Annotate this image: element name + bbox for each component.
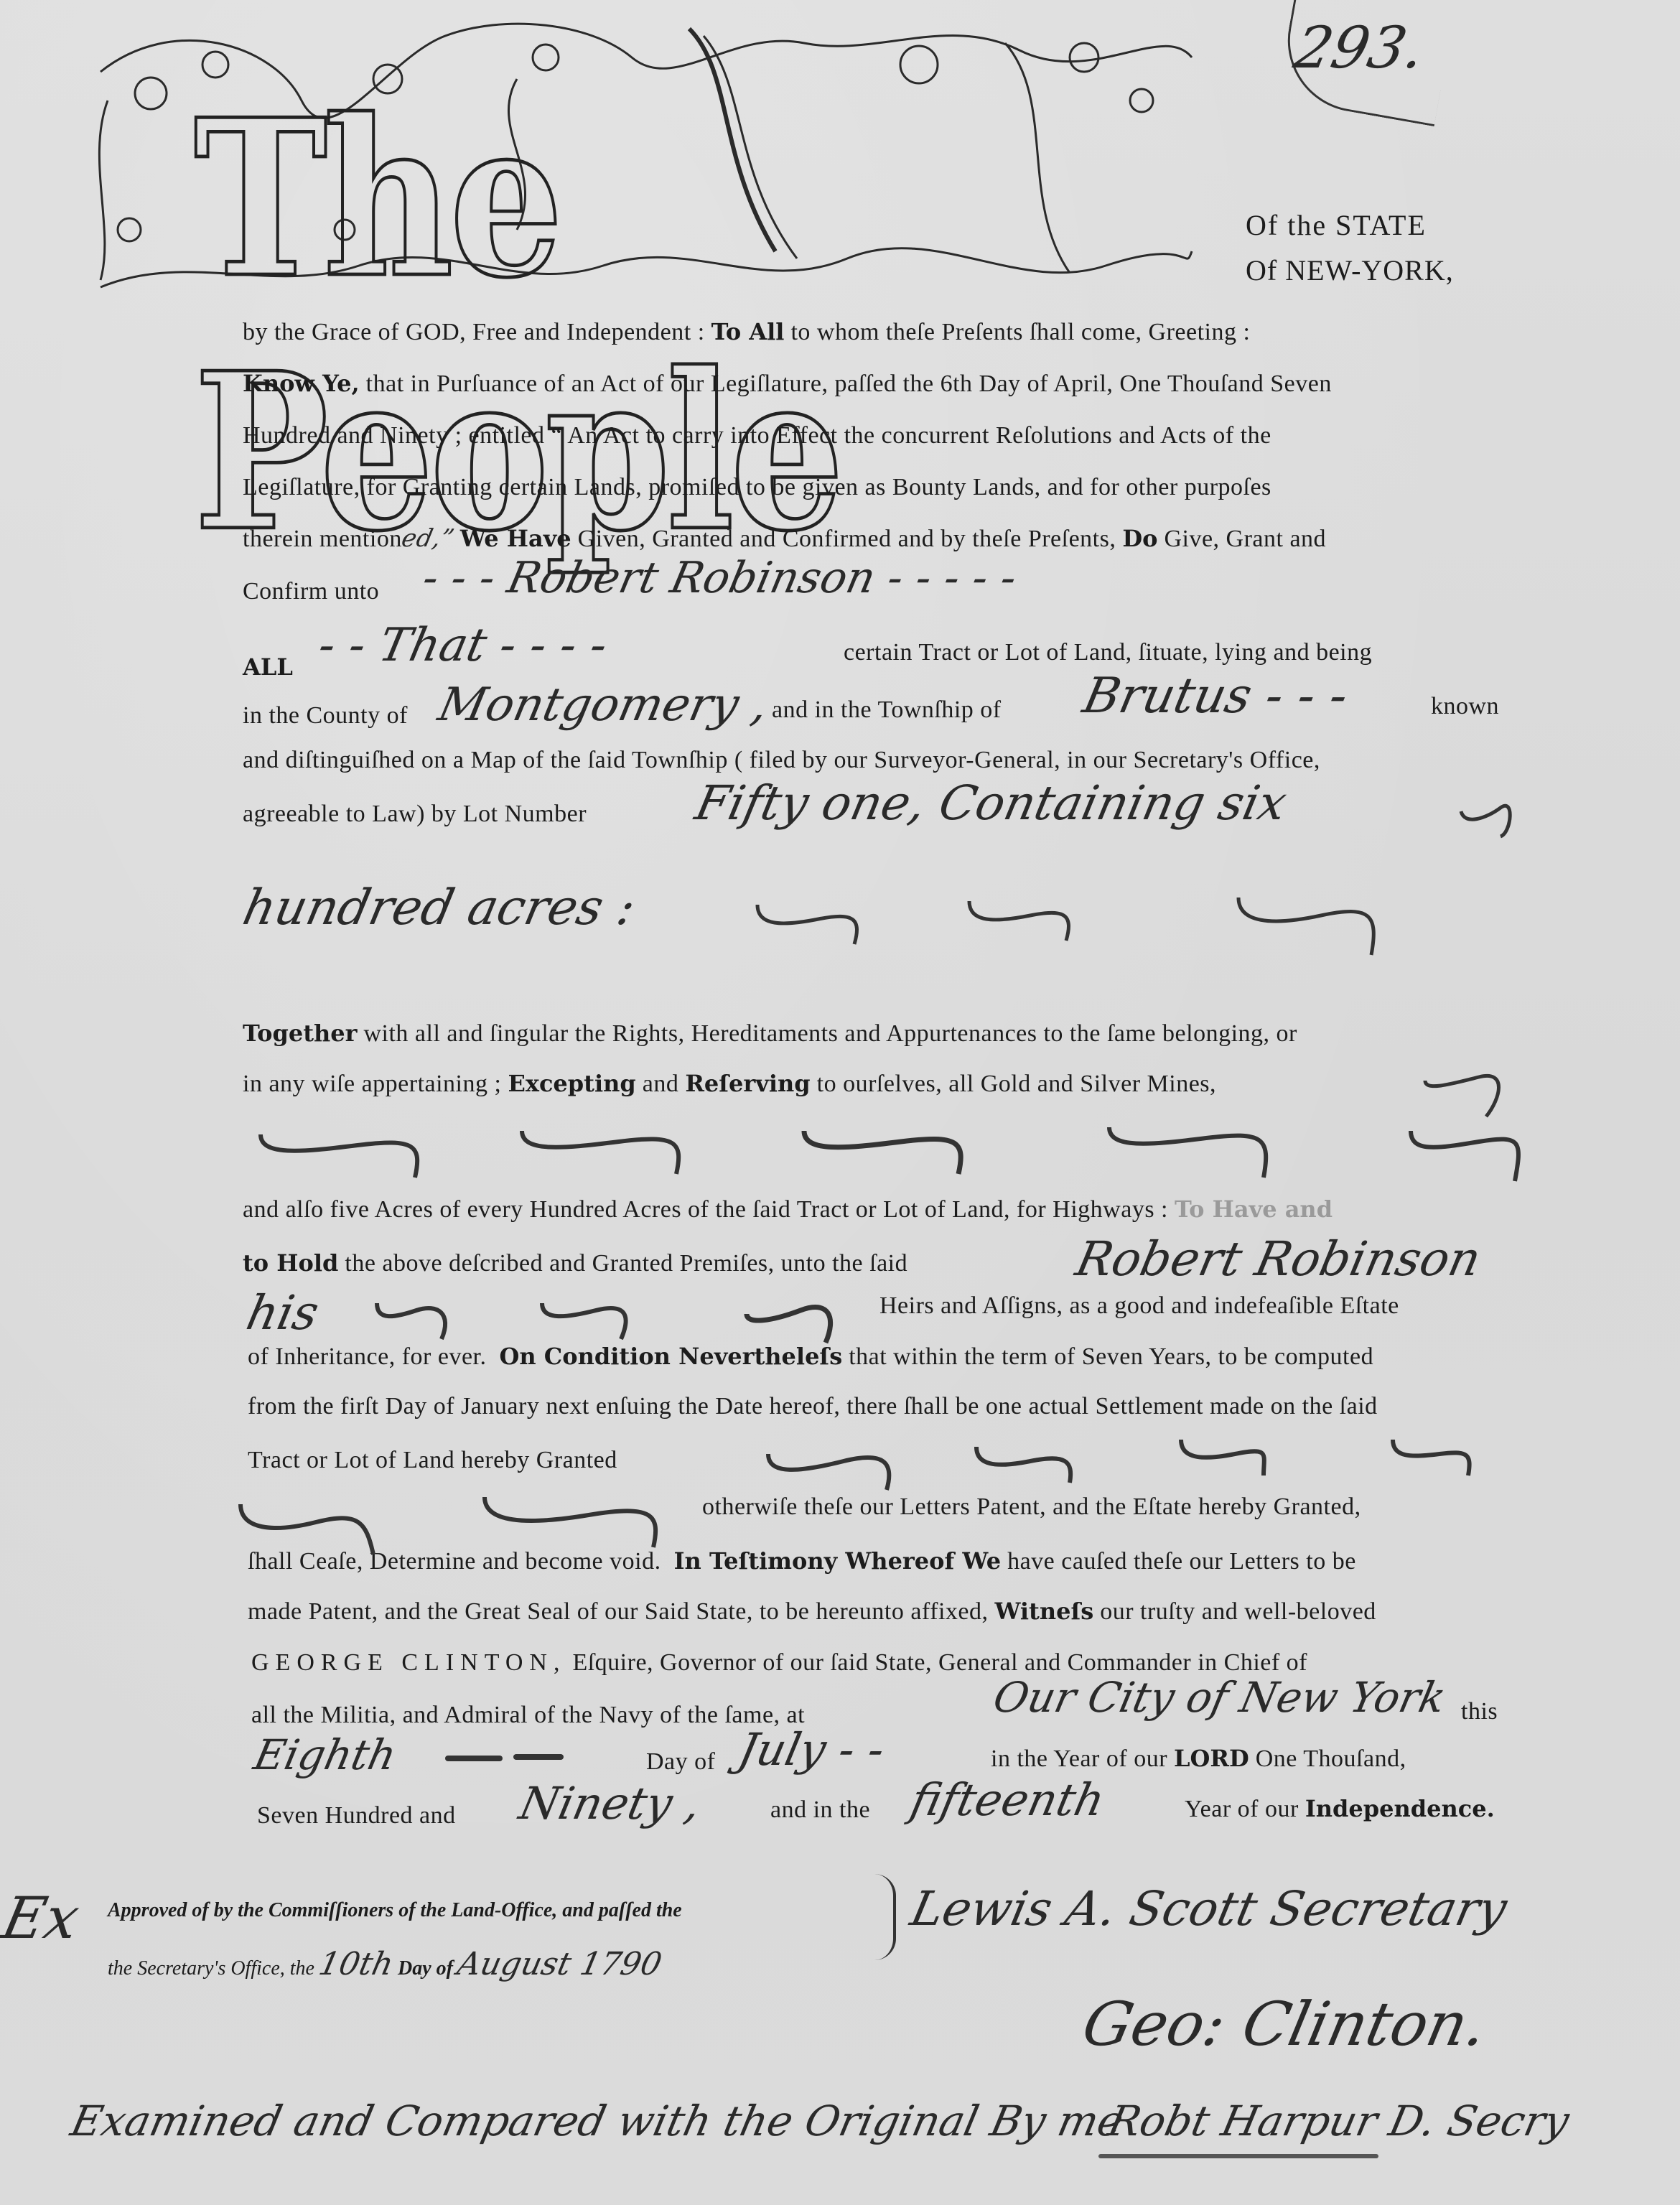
state-line-2: Of NEW-YORK,	[1246, 253, 1454, 287]
text-line-12: in any wiſe appertaining ; Excepting and…	[243, 1070, 1216, 1098]
text-line-13: and alſo five Acres of every Hundred Acr…	[243, 1195, 1333, 1223]
blackletter-text: Together	[243, 1020, 357, 1047]
line-text: Given, Granted and Confirmed and by theſ…	[578, 526, 1116, 552]
fill-squiggle-icon	[801, 1127, 966, 1178]
text-line-1: by the Grace of GOD, Free and Independen…	[243, 318, 1250, 346]
handwritten-text: ed,”	[399, 524, 457, 553]
brace-mark	[874, 1874, 896, 1960]
margin-mark: Ex	[0, 1885, 85, 1952]
fill-squiggle-icon	[538, 1300, 632, 1343]
examined-line: Examined and Compared with the Original …	[67, 2097, 1128, 2145]
fill-squiggle-icon	[1177, 1436, 1271, 1479]
governor-signature: Geo: Clinton.	[1077, 1989, 1493, 2059]
line-text: of Inheritance, for ever.	[248, 1343, 487, 1370]
text-line-8b: and in the Townſhip of	[772, 696, 1002, 724]
line-text: and	[643, 1071, 679, 1097]
approval-line-2: the Secretary's Office, the 10th Day of …	[108, 1946, 661, 1982]
text-line-20: ſhall Ceaſe, Determine and become void. …	[248, 1547, 1356, 1575]
blackletter-text: On Condition Nevertheleſs	[500, 1343, 843, 1370]
text-line-19: otherwiſe theſe our Letters Patent, and …	[702, 1493, 1361, 1521]
state-line-1: Of the STATE	[1246, 208, 1427, 242]
fill-squiggle-icon	[1235, 894, 1378, 959]
fill-squiggle-icon	[373, 1300, 452, 1343]
blackletter-text: Excepting	[508, 1070, 635, 1097]
line-text: to ourſelves, all Gold and Silver Mines,	[817, 1071, 1216, 1097]
approval-day-handwritten: 10th	[316, 1946, 397, 1982]
line-text: our truſty and well-beloved	[1100, 1598, 1376, 1625]
text-line-6: Confirm unto	[243, 578, 379, 605]
dash-mark	[445, 1756, 503, 1761]
lot-number-handwritten: Fifty one, Containing six	[691, 775, 1292, 831]
line-text: and alſo five Acres of every Hundred Acr…	[243, 1196, 1168, 1223]
fill-squiggle-icon	[966, 898, 1081, 948]
month-handwritten: July - -	[734, 1723, 889, 1776]
secretary-signature: Lewis A. Scott Secretary	[906, 1881, 1512, 1936]
text-line-2: Know Ye, that in Purſuance of an Act of …	[243, 370, 1332, 398]
text-line-17: from the firſt Day of January next enſui…	[248, 1393, 1378, 1420]
line-text: that in Purſuance of an Act of our Legiſ…	[366, 370, 1332, 397]
text-line-15: Heirs and Aſſigns, as a good and indefea…	[879, 1292, 1399, 1320]
text-line-7b: certain Tract or Lot of Land, ſituate, l…	[844, 639, 1372, 666]
text-line-4: Legiſlature, for Granting certain Lands,…	[243, 474, 1271, 501]
text-line-23b: this	[1461, 1698, 1498, 1725]
ornate-title-flourish: The People	[86, 14, 1206, 302]
his-handwritten: his	[242, 1285, 324, 1341]
blackletter-text: Do	[1122, 525, 1157, 552]
blackletter-text: To All	[711, 318, 785, 345]
approval-month-handwritten: August 1790	[454, 1946, 666, 1982]
text-line-25: Year of our Independence.	[1185, 1795, 1495, 1823]
blackletter-text: Independence.	[1305, 1795, 1495, 1822]
fill-squiggle-icon	[237, 1501, 381, 1558]
text-line-8a: in the County of	[243, 702, 408, 729]
dash-mark	[513, 1754, 564, 1760]
fill-squiggle-icon	[1422, 1070, 1508, 1120]
signature-underline	[1098, 2154, 1378, 2158]
text-line-25b: and in the	[770, 1796, 870, 1824]
fill-squiggle-icon	[765, 1450, 894, 1493]
text-line-10: agreeable to Law) by Lot Number	[243, 801, 587, 828]
text-line-18: Tract or Lot of Land hereby Granted	[248, 1447, 617, 1474]
line-text: therein mention	[243, 526, 402, 552]
line-text: in the Year of our	[991, 1745, 1167, 1772]
day-handwritten: Eighth	[250, 1730, 401, 1779]
blackletter-text: to Hold	[243, 1249, 338, 1277]
fill-squiggle-icon	[743, 1303, 836, 1346]
line-text: have cauſed theſe our Letters to be	[1007, 1548, 1356, 1575]
text-line-24: in the Year of our LORD One Thouſand,	[991, 1745, 1406, 1773]
year-handwritten: Ninety ,	[515, 1777, 706, 1829]
blackletter-text: Reſerving	[685, 1070, 810, 1097]
fill-squiggle-icon	[1407, 1127, 1522, 1185]
line-text: Give, Grant and	[1164, 526, 1326, 552]
text-line-8c: known	[1431, 693, 1499, 720]
text-line-11: Together with all and ſingular the Right…	[243, 1020, 1297, 1048]
line-text: One Thouſand,	[1256, 1745, 1406, 1772]
line-text: the above deſcribed and Granted Premiſes…	[345, 1250, 907, 1277]
fill-squiggle-icon	[754, 898, 869, 948]
blackletter-text: We Have	[460, 525, 571, 552]
line-text: in any wiſe appertaining ;	[243, 1071, 501, 1097]
line-text: Day of	[398, 1957, 453, 1980]
line-text: by the Grace of GOD, Free and Independen…	[243, 319, 705, 345]
grantee-name-handwritten-2: Robert Robinson	[1071, 1231, 1486, 1287]
text-line-7: ALL	[243, 653, 293, 681]
line-text: that within the term of Seven Years, to …	[849, 1343, 1373, 1370]
fill-squiggle-icon	[973, 1443, 1081, 1486]
line-text: Year of our	[1185, 1796, 1299, 1822]
blackletter-text: To Have and	[1175, 1195, 1333, 1223]
township-handwritten: Brutus - - -	[1078, 668, 1353, 724]
place-handwritten: Our City of New York	[989, 1673, 1450, 1722]
text-line-24a: Day of	[646, 1748, 715, 1776]
line-text: the Secretary's Office, the	[108, 1957, 314, 1980]
fill-squiggle-icon	[1457, 797, 1515, 840]
line-text: with all and ſingular the Rights, Heredi…	[363, 1020, 1297, 1047]
line-text: made Patent, and the Great Seal of our S…	[248, 1598, 989, 1625]
text-line-21: made Patent, and the Great Seal of our S…	[248, 1598, 1376, 1626]
blackletter-text: In Teſtimony Whereof We	[674, 1547, 1002, 1575]
text-line-5: therein mentioned,” We Have Given, Grant…	[243, 524, 1326, 553]
fill-squiggle-icon	[1389, 1436, 1475, 1479]
fill-squiggle-icon	[481, 1493, 668, 1551]
blackletter-text: Witneſs	[995, 1598, 1094, 1625]
county-handwritten: Montgomery ,	[434, 679, 773, 732]
that-handwritten: - - That - - - -	[314, 619, 612, 672]
blackletter-text: ALL	[243, 653, 293, 681]
blackletter-text: Know Ye,	[243, 370, 360, 397]
grantee-name-handwritten: - - - Robert Robinson - - - - -	[419, 553, 1022, 603]
text-line-25a: Seven Hundred and	[257, 1802, 456, 1829]
text-line-23: all the Militia, and Admiral of the Navy…	[251, 1702, 805, 1729]
approval-line-1: Approved of by the Commiſſioners of the …	[108, 1899, 682, 1922]
folio-number: 293.	[1289, 14, 1431, 81]
governor-name-caps: GEORGE CLINTON,	[251, 1649, 566, 1676]
independence-year-handwritten: fifteenth	[906, 1773, 1109, 1826]
text-line-14: to Hold the above deſcribed and Granted …	[243, 1249, 907, 1277]
line-text: Eſquire, Governor of our ſaid State, Gen…	[572, 1649, 1307, 1676]
acres-handwritten: hundred acres :	[238, 880, 640, 936]
examiner-signature: Robt Harpur D. Secry	[1104, 2097, 1574, 2145]
text-line-3: Hundred and Ninety ; entitled “ An Act t…	[243, 422, 1271, 449]
fill-squiggle-icon	[257, 1131, 422, 1181]
line-text: to whom theſe Preſents ſhall come, Greet…	[790, 319, 1250, 345]
fill-squiggle-icon	[518, 1127, 683, 1178]
blackletter-text: LORD	[1174, 1745, 1249, 1772]
fill-squiggle-icon	[1106, 1124, 1271, 1181]
text-line-9: and diſtinguiſhed on a Map of the ſaid T…	[243, 747, 1320, 774]
text-line-16: of Inheritance, for ever. On Condition N…	[248, 1343, 1373, 1371]
